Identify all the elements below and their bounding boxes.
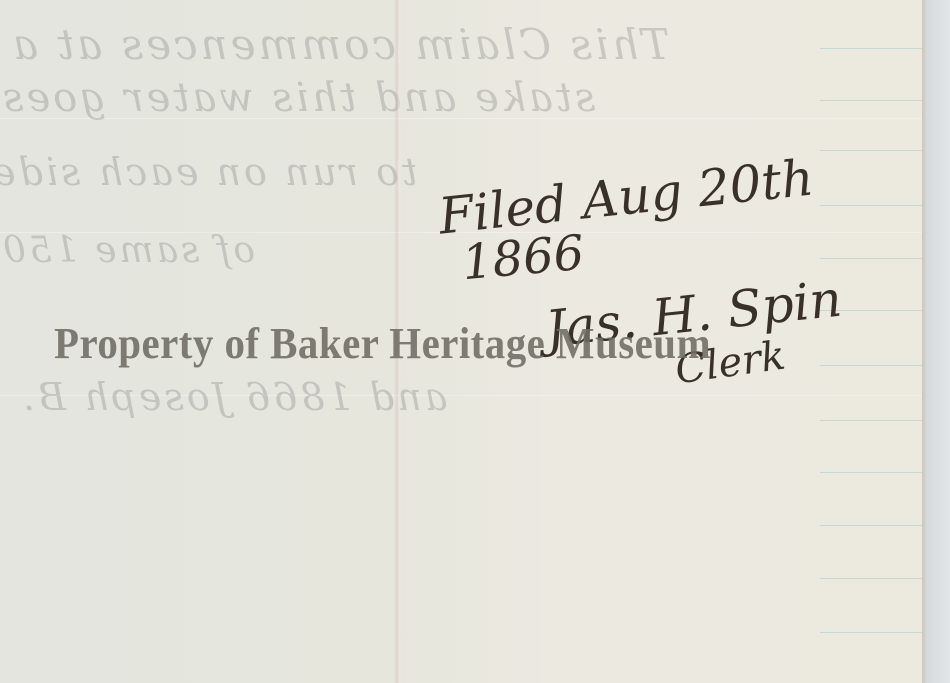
ruled-line bbox=[820, 525, 922, 526]
bleed-through-text: and 1866 Joseph B. bbox=[20, 375, 447, 419]
bleed-through-text: stake and this water goes bbox=[0, 75, 595, 121]
scan-background bbox=[926, 0, 950, 683]
ruled-line bbox=[820, 472, 922, 473]
filed-year: 1866 bbox=[460, 225, 587, 291]
bleed-through-text: to run on each side bbox=[0, 150, 417, 194]
ruled-line bbox=[820, 578, 922, 579]
ruled-line bbox=[820, 420, 922, 421]
museum-watermark: Property of Baker Heritage Museum bbox=[54, 318, 711, 369]
ruled-line bbox=[820, 100, 922, 101]
ruled-line bbox=[820, 150, 922, 151]
ruled-line bbox=[820, 48, 922, 49]
bleed-through-text: of same 150 bbox=[0, 230, 255, 271]
document-page: This Claim commences at a stake and this… bbox=[0, 0, 926, 683]
ruled-line bbox=[820, 205, 922, 206]
ruled-line bbox=[820, 632, 922, 633]
filed-date-line: Filed Aug 20th bbox=[436, 148, 816, 245]
ruled-line bbox=[820, 258, 922, 259]
bleed-through-text: This Claim commences at a bbox=[10, 20, 670, 69]
ruled-line bbox=[820, 365, 922, 366]
